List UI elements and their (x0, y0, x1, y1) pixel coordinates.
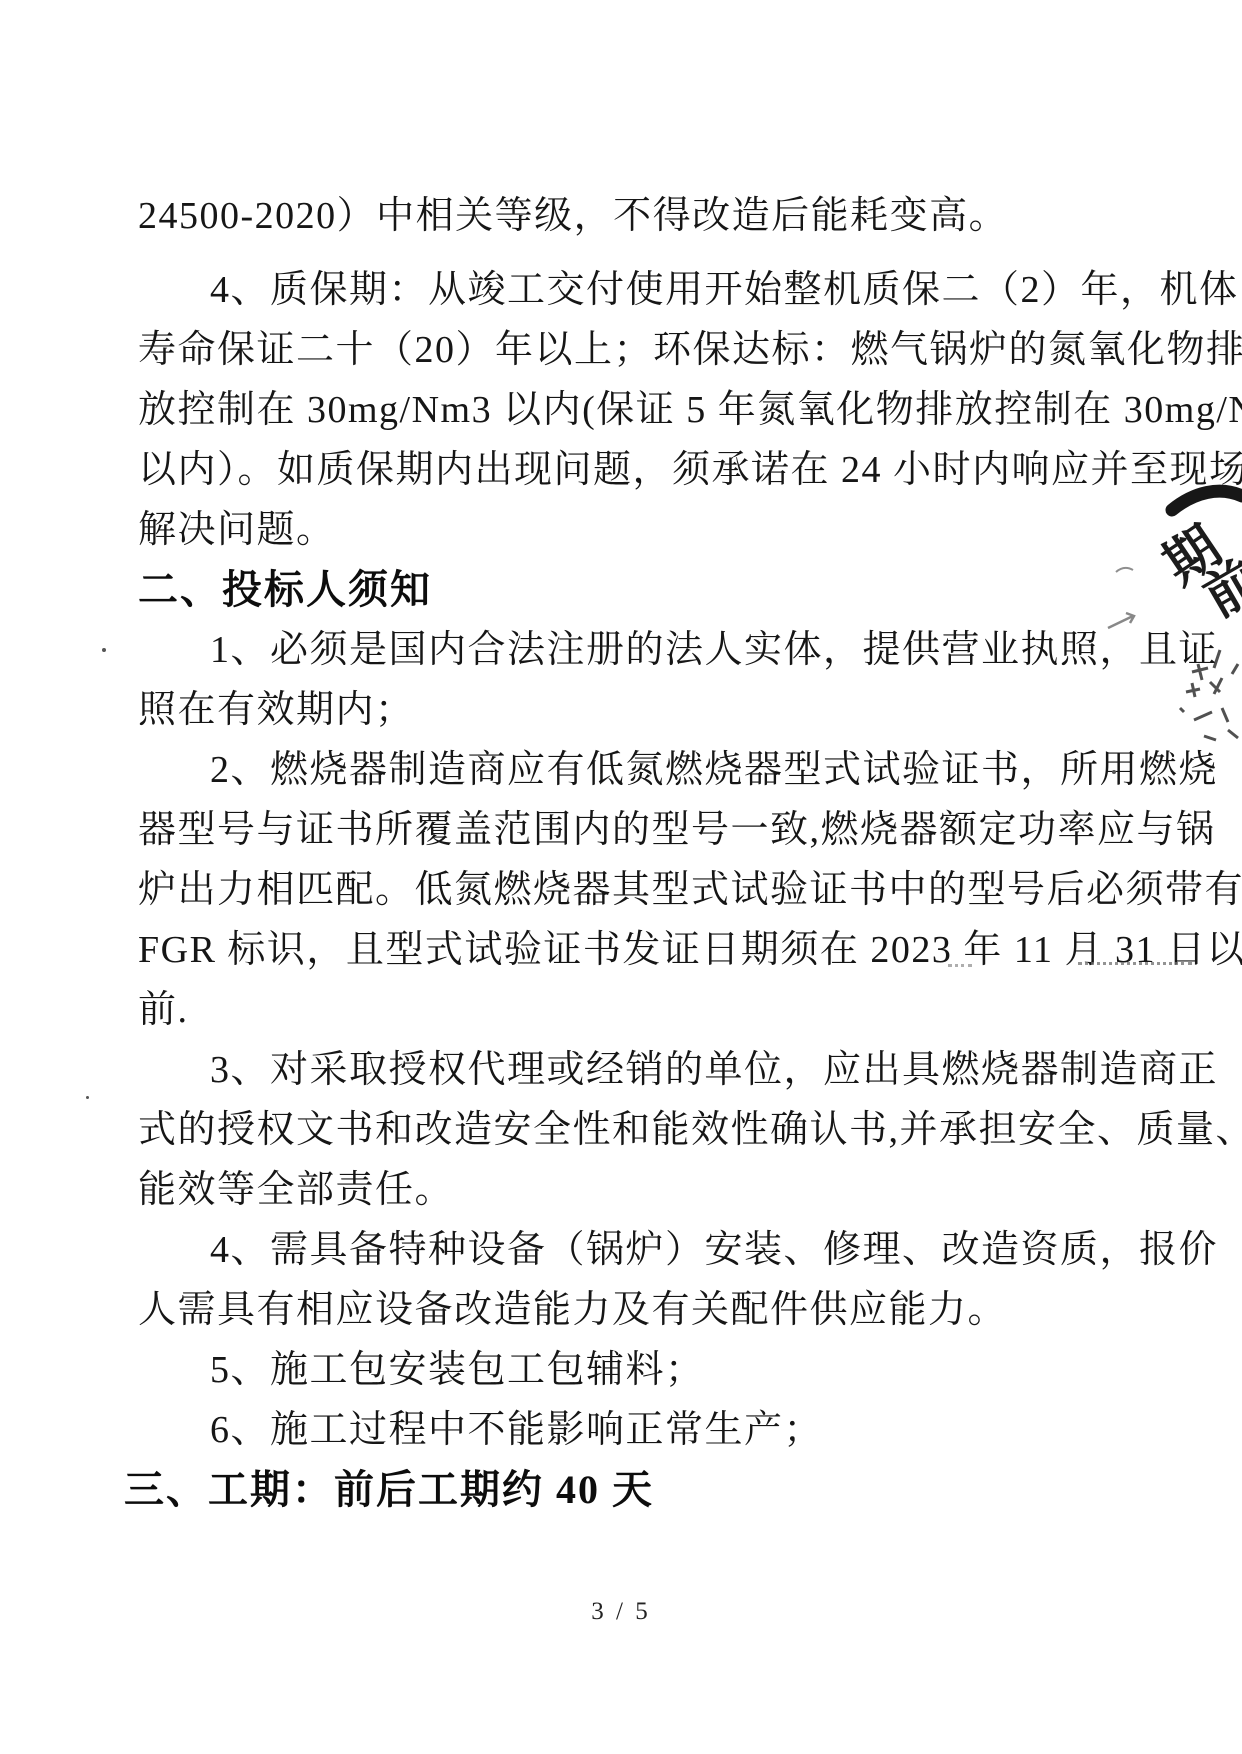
stamp-seal: 期 前 (1102, 468, 1242, 788)
scan-fold-dotted-stub (948, 964, 972, 967)
section-heading-construction-period: 三、工期：前后工期约 40 天 (124, 1460, 1162, 1520)
page-number: 3 / 5 (0, 1598, 1242, 1626)
scan-speck (1112, 770, 1116, 774)
stamp-seal-graphic: 期 前 (1102, 468, 1242, 788)
paragraph-line: 能效等全部责任。 (138, 1160, 1162, 1220)
paragraph-line: 照在有效期内； (138, 680, 1162, 740)
scanned-document-page: 24500-2020）中相关等级，不得改造后能耗变高。 4、质保期：从竣工交付使… (0, 0, 1242, 1754)
stamp-smudge (1116, 568, 1133, 572)
paragraph-line: 3、对采取授权代理或经销的单位，应出具燃烧器制造商正 (138, 1040, 1162, 1100)
paragraph-line: 炉出力相匹配。低氮燃烧器其型式试验证书中的型号后必须带有 (138, 860, 1162, 920)
paragraph-line: 放控制在 30mg/Nm3 以内(保证 5 年氮氧化物排放控制在 30mg/Nm… (138, 380, 1162, 440)
scan-fold-dotted-line (1078, 962, 1192, 965)
stamp-smudge (1108, 613, 1134, 628)
paragraph-line: 前. (138, 980, 1162, 1040)
paragraph-line: 24500-2020）中相关等级，不得改造后能耗变高。 (138, 186, 1162, 246)
paragraph-line: 人需具有相应设备改造能力及有关配件供应能力。 (138, 1280, 1162, 1340)
paragraph-line: 5、施工包安装包工包辅料； (138, 1340, 1162, 1400)
stamp-fragments (1180, 650, 1238, 740)
paragraph-line: 式的授权文书和改造安全性和能效性确认书,并承担安全、质量、 (138, 1100, 1162, 1160)
paragraph-line: 器型号与证书所覆盖范围内的型号一致,燃烧器额定功率应与锅 (138, 800, 1162, 860)
scan-speck (102, 648, 106, 652)
paragraph-line: 4、需具备特种设备（锅炉）安装、修理、改造资质，报价 (138, 1220, 1162, 1280)
paragraph-line: FGR 标识，且型式试验证书发证日期须在 2023 年 11 月 31 日以 (138, 920, 1162, 980)
paragraph-line: 解决问题。 (138, 500, 1162, 560)
paragraph-line: 4、质保期：从竣工交付使用开始整机质保二（2）年，机体 (138, 260, 1162, 320)
paragraph-line: 6、施工过程中不能影响正常生产； (138, 1400, 1162, 1460)
paragraph-line: 以内）。如质保期内出现问题，须承诺在 24 小时内响应并至现场 (138, 440, 1162, 500)
section-heading-bidder-notice: 二、投标人须知 (138, 560, 1162, 620)
paragraph-line: 寿命保证二十（20）年以上；环保达标：燃气锅炉的氮氧化物排 (138, 320, 1162, 380)
document-body: 24500-2020）中相关等级，不得改造后能耗变高。 4、质保期：从竣工交付使… (138, 186, 1162, 1520)
stamp-arc (1172, 491, 1242, 510)
scan-speck (86, 1096, 89, 1099)
paragraph-line: 2、燃烧器制造商应有低氮燃烧器型式试验证书，所用燃烧 (138, 740, 1162, 800)
paragraph-line: 1、必须是国内合法注册的法人实体，提供营业执照，且证 (138, 620, 1162, 680)
